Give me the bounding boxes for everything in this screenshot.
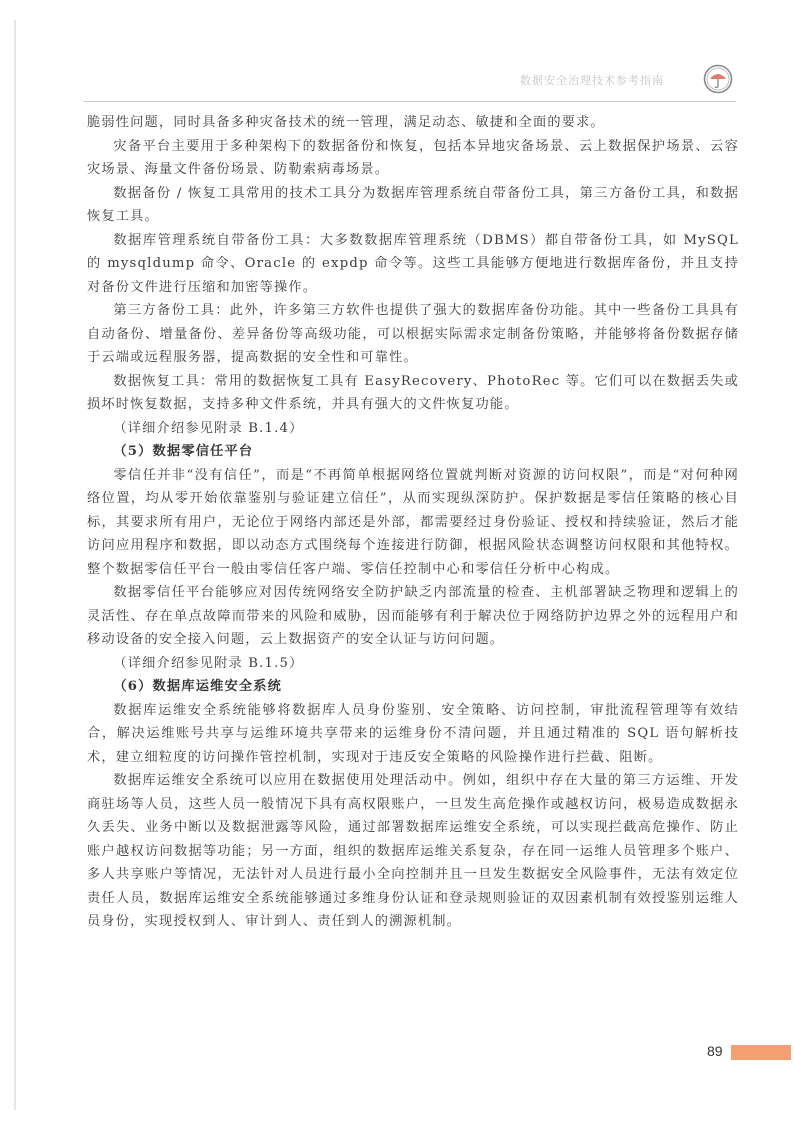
paragraph: 数据备份 / 恢复工具常用的技术工具分为数据库管理系统自带备份工具，第三方备份工… bbox=[87, 182, 739, 229]
paragraph-continuation: 脆弱性问题，同时具备多种灾备技术的统一管理，满足动态、敏捷和全面的要求。 bbox=[87, 111, 739, 135]
page-number: 89 bbox=[707, 1043, 723, 1059]
header-divider bbox=[84, 101, 736, 102]
appendix-reference: （详细介绍参见附录 B.1.4） bbox=[87, 417, 739, 441]
paragraph: 数据库运维安全系统能够将数据库人员身份鉴别、安全策略、访问控制，审批流程管理等有… bbox=[87, 699, 739, 770]
paragraph: 数据零信任平台能够应对因传统网络安全防护缺乏内部流量的检查、主机部署缺乏物理和逻… bbox=[87, 581, 739, 652]
paragraph: 第三方备份工具：此外，许多第三方软件也提供了强大的数据库备份功能。其中一些备份工… bbox=[87, 299, 739, 370]
paragraph: 零信任并非“没有信任”，而是“不再简单根据网络位置就判断对资源的访问权限”，而是… bbox=[87, 464, 739, 582]
paragraph: 数据库管理系统自带备份工具：大多数数据库管理系统（DBMS）都自带备份工具，如 … bbox=[87, 229, 739, 300]
umbrella-emblem-icon bbox=[703, 64, 733, 94]
paragraph: 数据库运维安全系统可以应用在数据使用处理活动中。例如，组织中存在大量的第三方运维… bbox=[87, 769, 739, 934]
paragraph: 灾备平台主要用于多种架构下的数据备份和恢复，包括本异地灾备场景、云上数据保护场景… bbox=[87, 135, 739, 182]
section-heading: （6）数据库运维安全系统 bbox=[87, 675, 739, 699]
body-text: 脆弱性问题，同时具备多种灾备技术的统一管理，满足动态、敏捷和全面的要求。 灾备平… bbox=[87, 111, 739, 934]
page-number-accent-bar bbox=[731, 1045, 791, 1060]
appendix-reference: （详细介绍参见附录 B.1.5） bbox=[87, 652, 739, 676]
page-edge-shadow bbox=[14, 20, 16, 1110]
paragraph: 数据恢复工具：常用的数据恢复工具有 EasyRecovery、PhotoRec … bbox=[87, 370, 739, 417]
running-header-title: 数据安全治理技术参考指南 bbox=[520, 72, 664, 88]
section-heading: （5）数据零信任平台 bbox=[87, 440, 739, 464]
